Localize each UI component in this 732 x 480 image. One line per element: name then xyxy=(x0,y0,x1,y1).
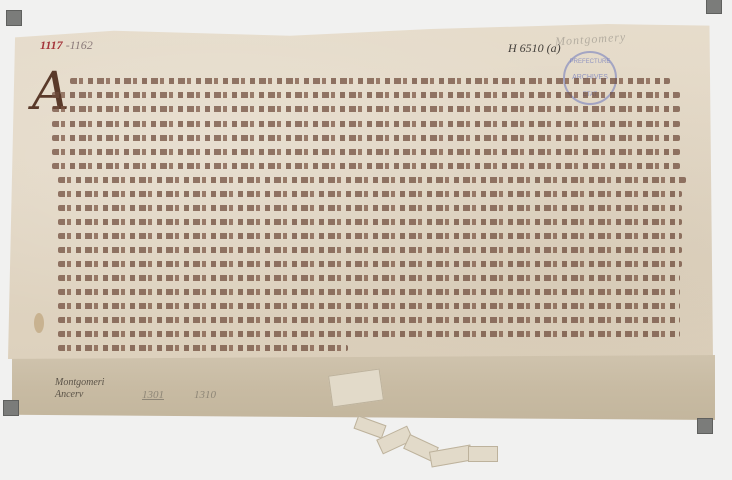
shelfmark: H 6510 (a) xyxy=(508,41,561,56)
stain xyxy=(34,313,44,333)
fold-number-1310: 1310 xyxy=(194,389,216,401)
mount-tab-top-right xyxy=(706,0,722,14)
mount-tab-bottom-right xyxy=(697,418,713,434)
fold-annotation-2: Ancerv xyxy=(55,389,83,400)
fold-annotation-1: Montgomeri xyxy=(55,377,104,388)
fold-number-1301: 1301 xyxy=(142,389,164,401)
mount-tab-top-left xyxy=(6,10,22,26)
date-annotation: 1117 -1162 xyxy=(40,38,93,53)
mount-tab-bottom-left xyxy=(3,400,19,416)
